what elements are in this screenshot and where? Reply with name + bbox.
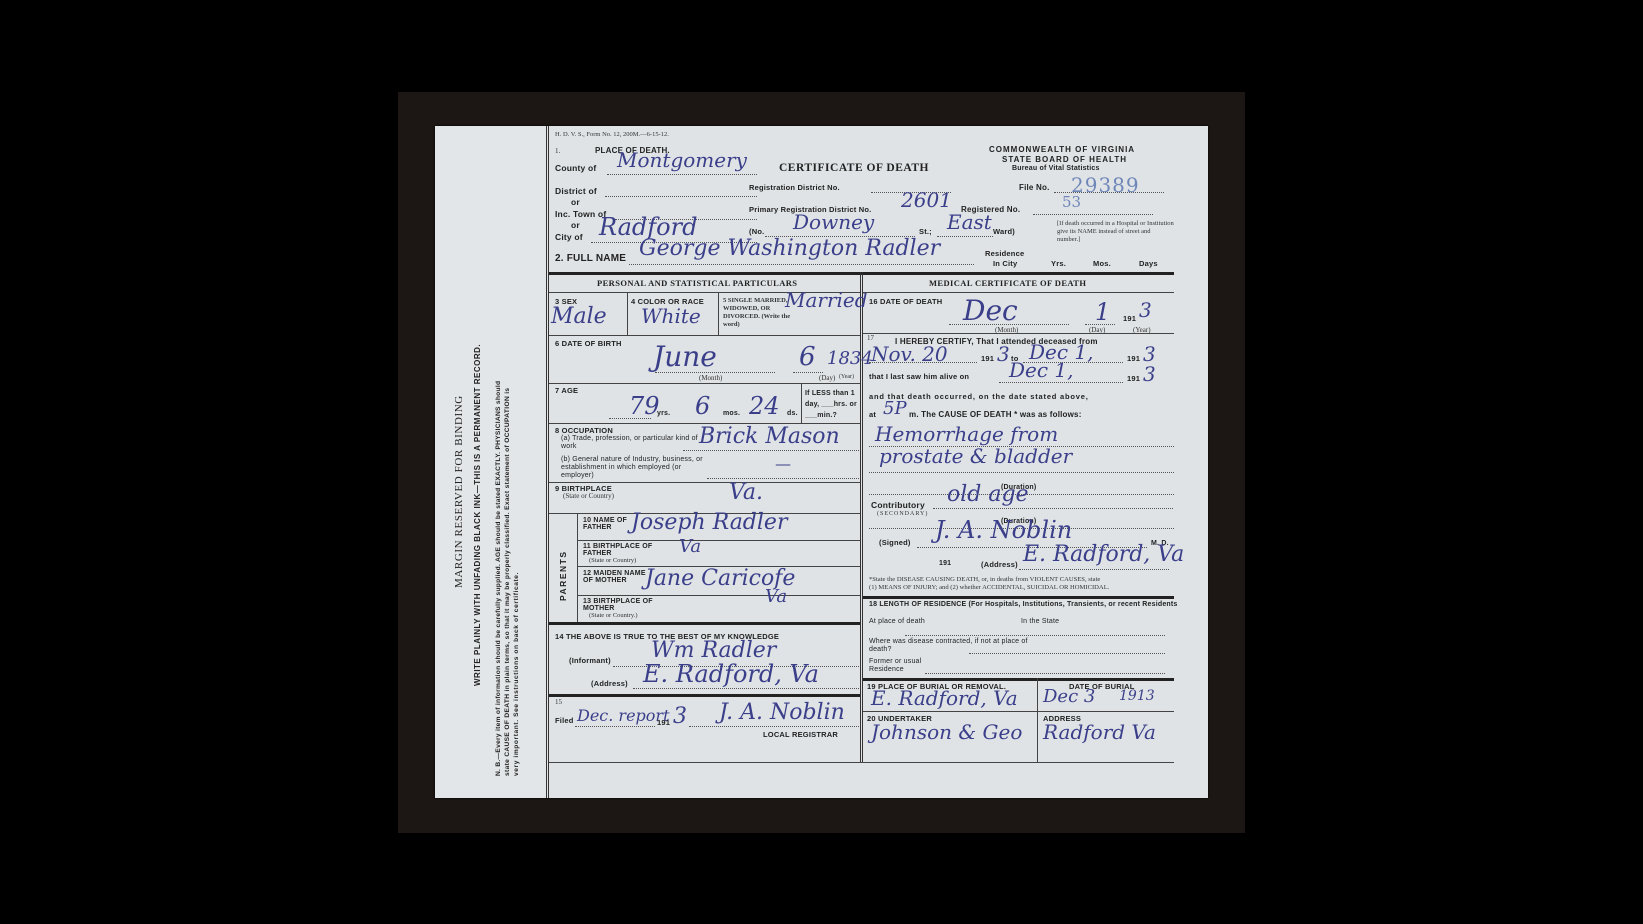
month-hint: (Month) <box>699 374 722 382</box>
father-birthplace-label: 11 BIRTHPLACE OF FATHER <box>583 543 653 557</box>
age-label: 7 AGE <box>555 386 578 395</box>
hospital-note: [If death occurred in a Hospital or Inst… <box>1057 220 1175 244</box>
less-than-day: If LESS than 1 day, ___hrs. or ___min.? <box>805 388 861 421</box>
margin-binding-text: MARGIN RESERVED FOR BINDING <box>453 395 465 588</box>
dod-year-prefix: 191 <box>1123 314 1136 323</box>
father-name-value: Joseph Radler <box>631 510 787 535</box>
attended-from-year-prefix: 191 <box>981 354 994 363</box>
dod-day: 1 <box>1095 298 1110 326</box>
ink-notice: WRITE PLAINLY WITH UNFADING BLACK INK—TH… <box>473 246 482 686</box>
authority-bureau: Bureau of Vital Statistics <box>1012 165 1100 172</box>
contributory-value: old age <box>947 482 1029 507</box>
former-residence-label: Former or usual Residence <box>869 658 929 674</box>
informant-address-value: E. Radford, Va <box>643 660 819 688</box>
footnote-2: (1) MEANS OF INJURY; and (2) whether ACC… <box>869 584 1109 591</box>
ward-label: Ward) <box>993 227 1015 236</box>
mother-name-label: 12 MAIDEN NAME OF MOTHER <box>583 570 653 584</box>
attended-to-year-prefix: 191 <box>1127 354 1140 363</box>
date-of-death-label: 16 DATE OF DEATH <box>869 297 942 306</box>
street-value: Downey <box>793 210 874 234</box>
certificate-form: H. D. V. S., Form No. 12, 200M.—6-15-12.… <box>549 126 1208 798</box>
authority-commonwealth: COMMONWEALTH OF VIRGINIA <box>989 145 1135 154</box>
parents-side-label: PARENTS <box>558 551 568 602</box>
authority-board: STATE BOARD OF HEALTH <box>1002 155 1127 164</box>
certificate-title: CERTIFICATE OF DEATH <box>779 162 929 174</box>
race-value: White <box>641 304 701 328</box>
mother-birthplace-hint: (State or Country.) <box>589 612 638 619</box>
age-years: 79 <box>629 392 660 420</box>
informant-label: (Informant) <box>569 656 611 665</box>
street-label: St.; <box>919 227 932 236</box>
full-name-label: 2. FULL NAME <box>555 253 626 264</box>
age-days: 24 <box>749 392 780 420</box>
local-registrar-label: LOCAL REGISTRAR <box>763 730 838 739</box>
filed-value: Dec. report <box>577 706 670 725</box>
dod-year-suffix: 3 <box>1139 298 1152 322</box>
occupation-a-value: Brick Mason <box>699 424 840 449</box>
last-saw-year: 3 <box>1143 362 1156 386</box>
medical-heading: MEDICAL CERTIFICATE OF DEATH <box>929 278 1086 288</box>
residence-heading: 18 LENGTH OF RESIDENCE (For Hospitals, I… <box>869 601 1178 608</box>
form-number: H. D. V. S., Form No. 12, 200M.—6-15-12. <box>555 131 669 138</box>
district-label: District of <box>555 186 597 196</box>
age-ds-label: ds. <box>787 410 798 417</box>
physician-address-label: (Address) <box>981 560 1018 569</box>
residence-days-label: Days <box>1139 259 1158 268</box>
undertaker-address-value: Radford Va <box>1043 720 1156 744</box>
cause-line-2: prostate & bladder <box>879 444 1072 468</box>
contributory-label: Contributory <box>871 500 925 510</box>
cause-of-death-text: m. The CAUSE OF DEATH * was as follows: <box>909 410 1082 419</box>
physician-address-value: E. Radford, Va <box>1023 542 1184 567</box>
registrar-signature: J. A. Noblin <box>719 700 845 725</box>
burial-date-value: Dec 3 <box>1043 686 1095 707</box>
mother-birthplace-value: Va <box>765 586 787 607</box>
physician-signature: J. A. Noblin <box>935 516 1072 544</box>
residence-mos-label: Mos. <box>1093 259 1111 268</box>
age-months: 6 <box>695 392 710 420</box>
occupation-b-label: (b) General nature of Industry, business… <box>561 456 711 480</box>
cause-line-1: Hemorrhage from <box>875 422 1058 446</box>
in-city-label: In City <box>993 259 1017 268</box>
time-of-death: 5P <box>883 398 907 419</box>
or-label: or <box>571 220 580 230</box>
informant-address-label: (Address) <box>591 679 628 688</box>
birthplace-hint: (State or Country) <box>563 492 614 500</box>
nb-line-2: state CAUSE OF DEATH in plain terms, so … <box>504 388 511 776</box>
or-label: or <box>571 197 580 207</box>
full-name-value: George Washington Radler <box>639 236 940 261</box>
marital-value: Married <box>785 288 868 312</box>
attended-from-year: 3 <box>997 342 1010 366</box>
secondary-label: (SECONDARY) <box>877 511 928 517</box>
dob-label: 6 DATE OF BIRTH <box>555 339 622 348</box>
father-birthplace-value: Va <box>679 536 701 557</box>
footnote-1: *State the DISEASE CAUSING DEATH, or, in… <box>869 576 1100 583</box>
occupation-label: 8 OCCUPATION <box>555 426 613 435</box>
burial-year: 1913 <box>1119 688 1155 704</box>
file-no-value: 29389 <box>1071 173 1140 197</box>
filed-year-suffix: 3 <box>673 704 687 729</box>
last-saw-value: Dec 1, <box>1009 358 1074 382</box>
nb-line-3: very important. See instructions on back… <box>513 572 520 776</box>
death-certificate: MARGIN RESERVED FOR BINDING WRITE PLAINL… <box>435 126 1208 798</box>
filed-label: Filed <box>555 716 574 725</box>
personal-heading: PERSONAL AND STATISTICAL PARTICULARS <box>597 278 797 288</box>
dob-day: 6 <box>799 342 816 372</box>
nb-line-1: N. B.—Every item of information should b… <box>495 381 502 776</box>
at-place-label: At place of death <box>869 617 929 626</box>
age-mos-label: mos. <box>723 410 740 417</box>
signed-year-prefix: 191 <box>939 560 951 567</box>
filing-number: 15 <box>555 698 562 706</box>
section-1-number: 1. <box>555 147 560 155</box>
residence-yrs-label: Yrs. <box>1051 259 1066 268</box>
day-hint: (Day) <box>819 374 835 382</box>
primary-registration-value: 2601 <box>901 188 952 212</box>
marital-label: 5 SINGLE MARRIED, WIDOWED, OR DIVORCED. … <box>723 297 793 329</box>
dob-year: 1834 <box>827 348 873 369</box>
registered-no-value: 53 <box>1062 193 1081 211</box>
filed-year-prefix: 191 <box>657 718 670 727</box>
residence-label: Residence <box>985 249 1024 258</box>
father-birthplace-hint: (State or Country) <box>589 557 636 564</box>
birthplace-value: Va. <box>729 480 763 505</box>
last-saw-year-prefix: 191 <box>1127 374 1140 383</box>
binding-margin: MARGIN RESERVED FOR BINDING WRITE PLAINL… <box>435 126 549 798</box>
at-label: at <box>869 410 876 419</box>
dob-month: June <box>653 340 717 373</box>
attended-from: Nov. 20 <box>871 342 948 366</box>
city-label: City of <box>555 232 583 242</box>
undertaker-value: Johnson & Geo <box>871 720 1022 744</box>
county-value: Montgomery <box>617 148 747 172</box>
county-label: County of <box>555 163 596 173</box>
year-hint: (Year) <box>839 374 854 380</box>
burial-place-value: E. Radford, Va <box>871 686 1018 710</box>
last-saw-label: that I last saw him alive on <box>869 372 969 381</box>
age-yrs-label: yrs. <box>657 410 670 417</box>
sex-value: Male <box>551 304 607 329</box>
dod-month: Dec <box>963 294 1018 327</box>
occupation-a-label: (a) Trade, profession, or particular kin… <box>561 435 701 451</box>
street-prefix: (No. <box>749 227 764 236</box>
mother-birthplace-label: 13 BIRTHPLACE OF MOTHER <box>583 598 653 612</box>
disease-contracted-label: Where was disease contracted, if not at … <box>869 638 1029 654</box>
signed-label: (Signed) <box>879 538 911 547</box>
file-no-label: File No. <box>1019 183 1050 192</box>
occupation-b-value: — <box>775 454 791 473</box>
registration-district-label: Registration District No. <box>749 183 840 192</box>
ward-value: East <box>947 210 992 234</box>
in-state-label: In the State <box>1021 617 1061 626</box>
certify-number: 17 <box>867 334 874 342</box>
